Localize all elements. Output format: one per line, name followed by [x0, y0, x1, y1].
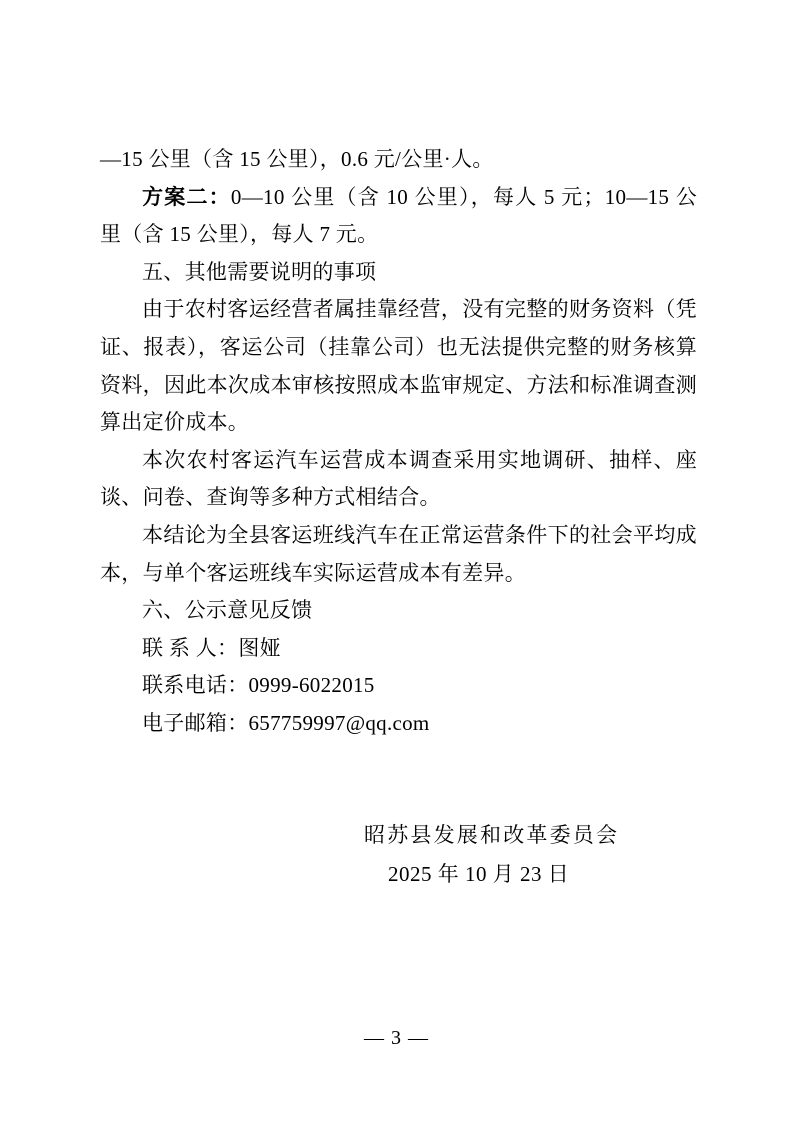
signature-date: 2025 年 10 月 23 日	[388, 859, 569, 889]
paragraph-fare-scheme2: 方案二：0—10 公里（含 10 公里），每人 5 元；10—15 公里（含 1…	[100, 179, 697, 254]
signature-organization: 昭苏县发展和改革委员会	[364, 820, 619, 850]
contact-email-value: 657759997@qq.com	[249, 711, 430, 735]
document-page: —15 公里（含 15 公里），0.6 元/公里·人。 方案二：0—10 公里（…	[0, 0, 793, 1122]
document-body: —15 公里（含 15 公里），0.6 元/公里·人。 方案二：0—10 公里（…	[100, 141, 697, 743]
page-number: — 3 —	[0, 1025, 793, 1051]
contact-email-label: 电子邮箱：	[142, 711, 249, 735]
contact-phone-line: 联系电话：0999-6022015	[100, 667, 697, 705]
section-5-heading: 五、其他需要说明的事项	[100, 254, 697, 292]
scheme2-label: 方案二：	[142, 186, 231, 209]
section-6-heading: 六、公示意见反馈	[100, 592, 697, 630]
contact-person-label: 联 系 人：	[142, 636, 238, 660]
contact-phone-label: 联系电话：	[142, 673, 249, 697]
section-5-paragraph-survey-methods: 本次农村客运汽车运营成本调查采用实地调研、抽样、座谈、问卷、查询等多种方式相结合…	[100, 442, 697, 517]
contact-email-line: 电子邮箱：657759997@qq.com	[100, 705, 697, 743]
contact-person-value: 图娅	[238, 636, 281, 660]
section-5-paragraph-average-cost: 本结论为全县客运班线汽车在正常运营条件下的社会平均成本，与单个客运班线车实际运营…	[100, 517, 697, 592]
section-5-paragraph-cost-review: 由于农村客运经营者属挂靠经营，没有完整的财务资料（凭证、报表），客运公司（挂靠公…	[100, 291, 697, 441]
paragraph-fare-scheme1-continuation: —15 公里（含 15 公里），0.6 元/公里·人。	[100, 141, 697, 179]
contact-person-line: 联 系 人：图娅	[100, 630, 697, 668]
contact-phone-value: 0999-6022015	[249, 673, 375, 697]
